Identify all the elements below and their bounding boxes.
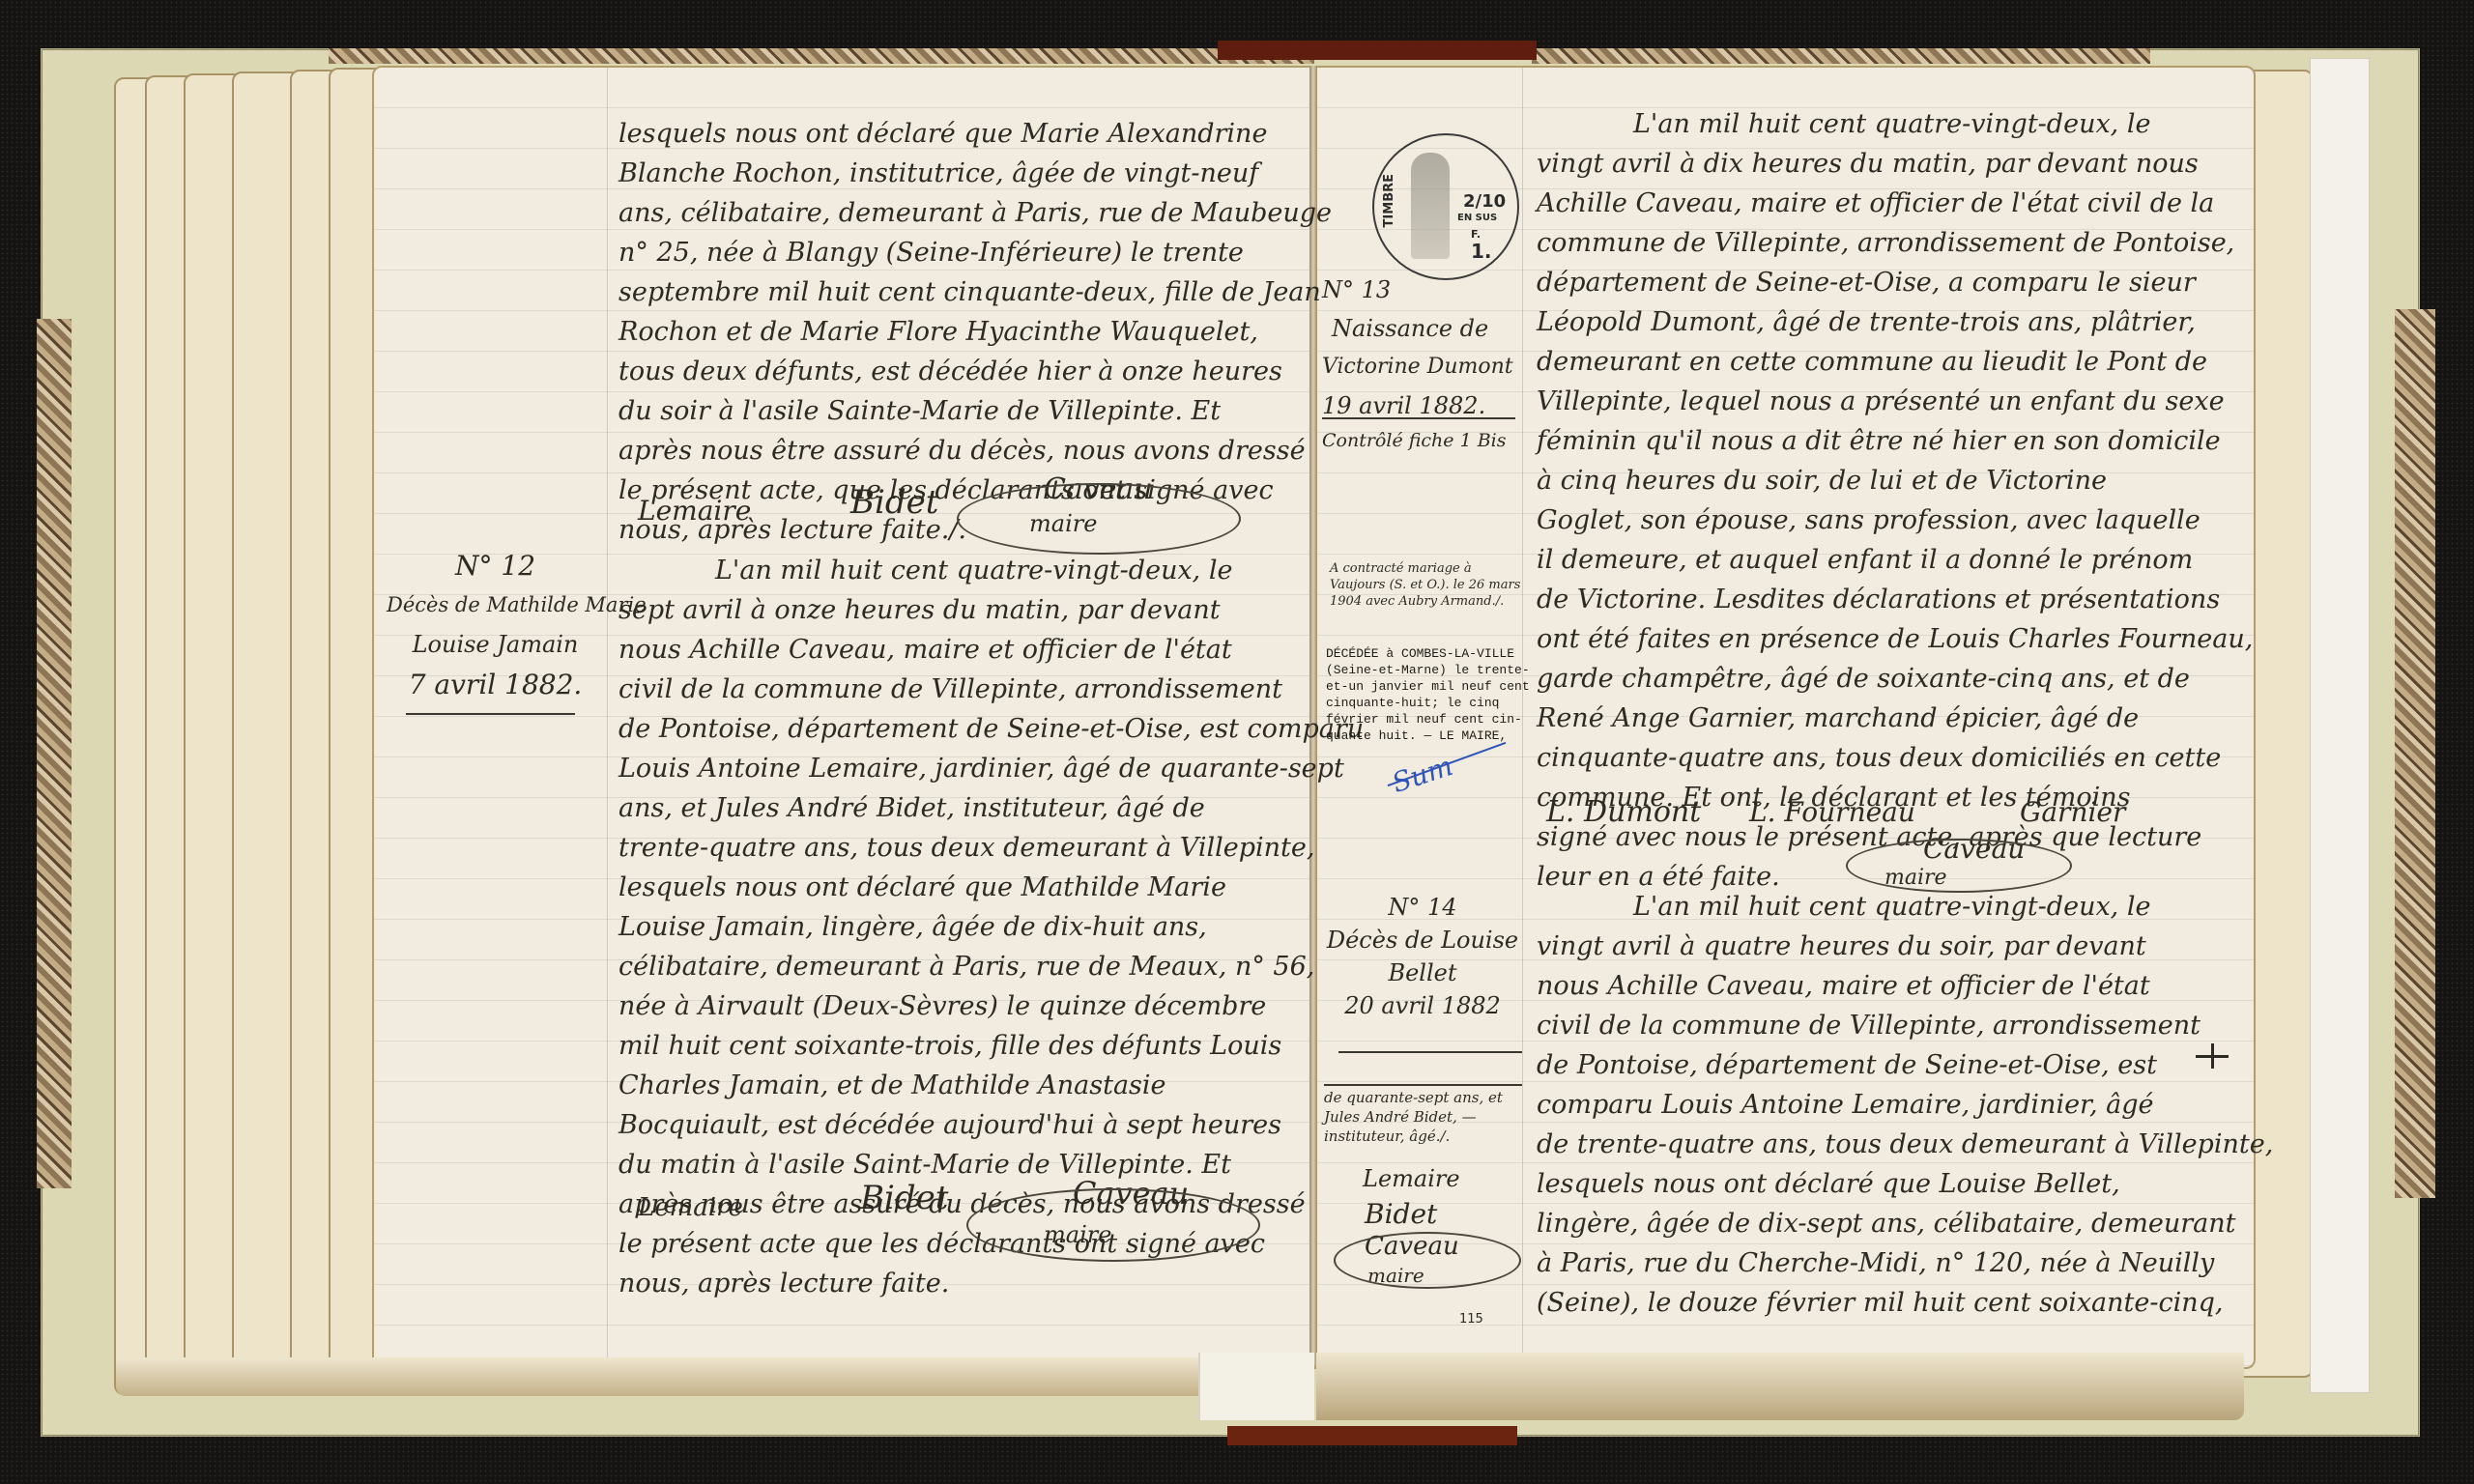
act-number: N° 12 [387, 546, 604, 585]
signature-lemaire: Lemaire [1363, 1159, 1460, 1199]
text-line: Goglet, son épouse, sans profession, ave… [1537, 500, 2253, 540]
marbled-cover-edge [329, 48, 1314, 64]
text-line: L'an mil huit cent quatre-vingt-deux, le [1537, 104, 2253, 144]
marbled-cover-edge [2395, 309, 2435, 1198]
text-line: ans, et Jules André Bidet, instituteur, … [618, 788, 1364, 828]
paraph-flourish [1846, 839, 2072, 893]
text-line: cinquante-huit; le cinq [1326, 695, 1530, 711]
text-line: civil de la commune de Villepinte, arron… [618, 670, 1364, 709]
text-line: Bocquiault, est décédée aujourd'hui à se… [618, 1105, 1364, 1145]
act-title: Louise Jamain [387, 625, 604, 665]
paraph-flourish [966, 1188, 1260, 1262]
signature-fourneau: L. Fourneau [1749, 792, 1915, 832]
text-line: garde champêtre, âgé de soixante-cinq an… [1537, 659, 2253, 699]
act-14-body-text: L'an mil huit cent quatre-vingt-deux, le… [1537, 887, 2273, 1323]
text-line: vingt avril à dix heures du matin, par d… [1537, 144, 2253, 184]
text-line: commune de Villepinte, arrondissement de… [1537, 223, 2253, 263]
stamp-label: TIMBRE [1382, 174, 1396, 227]
text-line: lesquels nous ont déclaré que Louise Bel… [1537, 1164, 2273, 1204]
text-line: cinquante-quatre ans, tous deux domicili… [1537, 738, 2253, 778]
correction-note: de quarante-sept ans, et Jules André Bid… [1324, 1088, 1503, 1146]
text-line: instituteur, âgé./. [1324, 1127, 1503, 1146]
text-line: (Seine-et-Marne) le trente- [1326, 662, 1530, 678]
paraph-flourish [1334, 1232, 1521, 1289]
text-line: lesquels nous ont déclaré que Mathilde M… [618, 868, 1364, 907]
act-title: Décès de Louise [1326, 924, 1519, 956]
correction-mark [2211, 1043, 2214, 1069]
margin-rule [607, 68, 608, 1362]
text-line: ans, célibataire, demeurant à Paris, rue… [618, 193, 1332, 233]
text-line: Charles Jamain, et de Mathilde Anastasie [618, 1066, 1364, 1105]
fiscal-stamp: TIMBRE 2/10 EN SUS F. 1. [1372, 133, 1519, 280]
text-line: Louise Jamain, lingère, âgée de dix-huit… [618, 907, 1364, 947]
page-number: 115 [1459, 1312, 1483, 1327]
text-line: il demeure, et auquel enfant il a donné … [1537, 540, 2253, 580]
text-line: du matin à l'asile Saint-Marie de Villep… [618, 1145, 1364, 1184]
marriage-mention: A contracté mariage à Vaujours (S. et O.… [1330, 560, 1520, 610]
text-line: à cinq heures du soir, de lui et de Vict… [1537, 461, 2253, 500]
text-line: Blanche Rochon, institutrice, âgée de vi… [618, 154, 1332, 193]
text-line: féminin qu'il nous a dit être né hier en… [1537, 421, 2253, 461]
text-line: Villepinte, lequel nous a présenté un en… [1537, 382, 2253, 421]
signature-bidet: Bidet [850, 483, 938, 523]
text-line: lingère, âgée de dix-sept ans, célibatai… [1537, 1204, 2273, 1243]
blank-insert-sheet [2310, 58, 2370, 1393]
text-line: février mil neuf cent cin- [1326, 711, 1530, 728]
act-number: N° 13 [1322, 271, 1513, 309]
act-14-margin-heading: N° 14 Décès de Louise Bellet 20 avril 18… [1326, 891, 1519, 1022]
marbled-cover-edge [37, 319, 72, 1188]
text-line: 1904 avec Aubry Armand./. [1330, 593, 1520, 610]
margin-divider [1322, 417, 1515, 419]
text-line: Léopold Dumont, âgé de trente-trois ans,… [1537, 302, 2253, 342]
text-line: trente-quatre ans, tous deux demeurant à… [618, 828, 1364, 868]
page-stack-bottom-edge [116, 1357, 1309, 1396]
act-title: Victorine Dumont [1322, 348, 1513, 386]
book-spine [1227, 1426, 1517, 1445]
book-spine [1218, 41, 1537, 60]
act-12-margin-heading: N° 12 Décès de Mathilde Marie Louise Jam… [387, 546, 604, 704]
stamp-value-suffix: EN SUS [1457, 213, 1497, 223]
text-line: Achille Caveau, maire et officier de l'é… [1537, 184, 2253, 223]
text-line: nous, après lecture faite. [618, 1264, 1364, 1303]
text-line: René Ange Garnier, marchand épicier, âgé… [1537, 699, 2253, 738]
text-line: du soir à l'asile Sainte-Marie de Villep… [618, 391, 1332, 431]
paraph-flourish [957, 483, 1241, 555]
death-mention: DÉCÉDÉE à COMBES-LA-VILLE (Seine-et-Marn… [1326, 645, 1530, 744]
text-line: L'an mil huit cent quatre-vingt-deux, le [1537, 887, 2273, 927]
act-11-continuation-text: lesquels nous ont déclaré que Marie Alex… [618, 114, 1332, 550]
text-line: de Pontoise, département de Seine-et-Ois… [1537, 1045, 2273, 1085]
justice-figure-icon [1411, 153, 1450, 259]
loose-sheet-edges [1198, 1353, 1314, 1420]
text-line: sept avril à onze heures du matin, par d… [618, 590, 1364, 630]
text-line: n° 25, née à Blangy (Seine-Inférieure) l… [618, 233, 1332, 272]
text-line: A contracté mariage à [1330, 560, 1520, 577]
stamp-value: 2/10 [1463, 191, 1506, 212]
text-line: de quarante-sept ans, et [1324, 1088, 1503, 1107]
text-line: (Seine), le douze février mil huit cent … [1537, 1283, 2273, 1323]
text-line: et-un janvier mil neuf cent [1326, 678, 1530, 695]
text-line: Louis Antoine Lemaire, jardinier, âgé de… [618, 749, 1364, 788]
text-line: nous Achille Caveau, maire et officier d… [1537, 966, 2273, 1006]
text-line: civil de la commune de Villepinte, arron… [1537, 1006, 2273, 1045]
act-date: 7 avril 1882. [387, 665, 604, 704]
text-line: tous deux défunts, est décédée hier à on… [618, 352, 1332, 391]
text-line: de trente-quatre ans, tous deux demeuran… [1537, 1125, 2273, 1164]
act-title: Naissance de [1322, 309, 1513, 348]
text-line: après nous être assuré du décès, nous av… [618, 431, 1332, 471]
text-line: quante huit. — LE MAIRE, [1326, 728, 1530, 744]
text-line: vingt avril à quatre heures du soir, par… [1537, 927, 2273, 966]
text-line: DÉCÉDÉE à COMBES-LA-VILLE [1326, 645, 1530, 662]
signature-lemaire: Lemaire [638, 1188, 743, 1228]
margin-divider [1324, 1084, 1522, 1086]
act-13-body-text: L'an mil huit cent quatre-vingt-deux, le… [1537, 104, 2253, 897]
stamp-amount: 1. [1471, 240, 1492, 263]
text-line: demeurant en cette commune au lieudit le… [1537, 342, 2253, 382]
text-line: de Pontoise, département de Seine-et-Ois… [618, 709, 1364, 749]
text-line: de Victorine. Lesdites déclarations et p… [1537, 580, 2253, 619]
text-line: à Paris, rue du Cherche-Midi, n° 120, né… [1537, 1243, 2273, 1283]
marbled-cover-edge [1532, 48, 2150, 64]
signature-dumont: L. Dumont [1546, 792, 1701, 832]
text-line: Jules André Bidet, — [1324, 1107, 1503, 1127]
page-stack-bottom-edge [1316, 1353, 2244, 1420]
act-title: Bellet [1326, 956, 1519, 989]
text-line: Vaujours (S. et O.). le 26 mars [1330, 577, 1520, 593]
text-line: septembre mil huit cent cinquante-deux, … [618, 272, 1332, 312]
text-line: ont été faites en présence de Louis Char… [1537, 619, 2253, 659]
text-line: département de Seine-et-Oise, a comparu … [1537, 263, 2253, 302]
signature-garnier: Garnier [2020, 792, 2125, 832]
text-line: née à Airvault (Deux-Sèvres) le quinze d… [618, 986, 1364, 1026]
act-13-margin-heading: N° 13 Naissance de Victorine Dumont 19 a… [1322, 271, 1513, 425]
text-line: Rochon et de Marie Flore Hyacinthe Wauqu… [618, 312, 1332, 352]
act-title: Décès de Mathilde Marie [387, 585, 604, 625]
act-date: 19 avril 1882. [1322, 386, 1513, 425]
act-number: N° 14 [1326, 891, 1519, 924]
text-line: célibataire, demeurant à Paris, rue de M… [618, 947, 1364, 986]
text-line: mil huit cent soixante-trois, fille des … [618, 1026, 1364, 1066]
signature-bidet: Bidet [860, 1179, 948, 1218]
margin-divider [1338, 1051, 1522, 1053]
margin-divider [406, 713, 575, 715]
text-line: nous Achille Caveau, maire et officier d… [618, 630, 1364, 670]
control-note: Contrôlé fiche 1 Bis [1322, 421, 1506, 461]
text-line: lesquels nous ont déclaré que Marie Alex… [618, 114, 1332, 154]
text-line: L'an mil huit cent quatre-vingt-deux, le [618, 551, 1364, 590]
act-date: 20 avril 1882 [1326, 989, 1519, 1022]
text-line: comparu Louis Antoine Lemaire, jardinier… [1537, 1085, 2273, 1125]
signature-lemaire: Lemaire [638, 491, 751, 530]
